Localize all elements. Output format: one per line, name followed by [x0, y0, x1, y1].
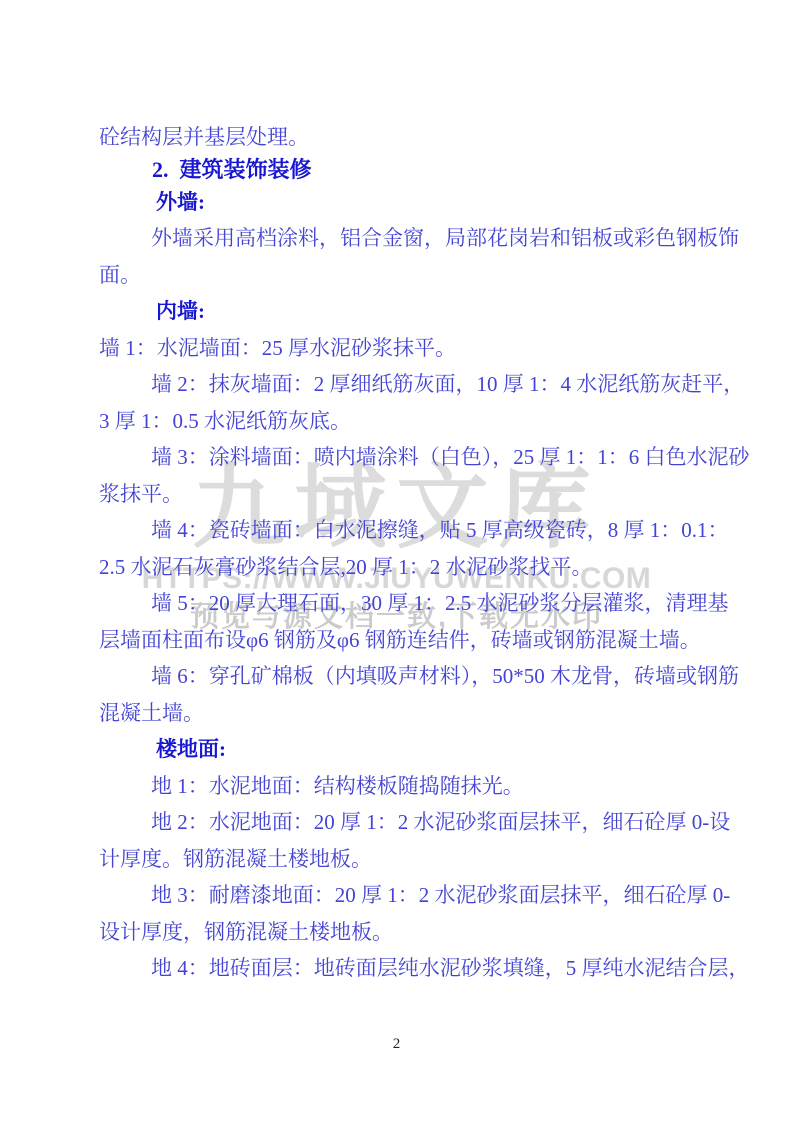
- text-line: 计厚度。钢筋混凝土楼地板。: [99, 841, 685, 878]
- text-line: 混凝土墙。: [99, 695, 685, 732]
- text-line: 地 2：水泥地面：20 厚 1：2 水泥砂浆面层抹平，细石砼厚 0-设: [99, 804, 685, 841]
- text-line: 墙 4：瓷砖墙面：白水泥擦缝，贴 5 厚高级瓷砖，8 厚 1：0.1：: [99, 512, 685, 549]
- text-line: 外墙采用高档涂料，铝合金窗，局部花岗岩和铝板或彩色钢板饰: [99, 220, 685, 257]
- document-content: 砼结构层并基层处理。2. 建筑装饰装修外墙:外墙采用高档涂料，铝合金窗，局部花岗…: [99, 119, 685, 987]
- text-line: 地 3：耐磨漆地面：20 厚 1：2 水泥砂浆面层抹平，细石砼厚 0-: [99, 877, 685, 914]
- text-line: 内墙:: [99, 293, 685, 330]
- text-line: 墙 1：水泥墙面：25 厚水泥砂浆抹平。: [99, 330, 685, 367]
- text-line: 墙 5：20 厚大理石面，30 厚 1：2.5 水泥砂浆分层灌浆，清理基: [99, 585, 685, 622]
- text-line: 设计厚度，钢筋混凝土楼地板。: [99, 914, 685, 951]
- document-page: 九域文库 HTTPS://WWW.JIUYUWENKU.COM 预览与源文档一致…: [0, 0, 793, 1122]
- text-line: 楼地面:: [99, 731, 685, 768]
- text-line: 2. 建筑装饰装修: [99, 156, 685, 184]
- text-line: 面。: [99, 257, 685, 294]
- text-line: 层墙面柱面布设φ6 钢筋及φ6 钢筋连结件，砖墙或钢筋混凝土墙。: [99, 622, 685, 659]
- text-line: 3 厚 1：0.5 水泥纸筋灰底。: [99, 403, 685, 440]
- text-line: 浆抹平。: [99, 476, 685, 513]
- text-line: 地 1：水泥地面：结构楼板随捣随抹光。: [99, 768, 685, 805]
- page-number: 2: [0, 1034, 793, 1054]
- text-line: 墙 3：涂料墙面：喷内墙涂料（白色），25 厚 1：1：6 白色水泥砂: [99, 439, 685, 476]
- text-line: 外墙:: [99, 184, 685, 221]
- text-line: 墙 2：抹灰墙面：2 厚细纸筋灰面，10 厚 1：4 水泥纸筋灰赶平，: [99, 366, 685, 403]
- text-line: 地 4：地砖面层：地砖面层纯水泥砂浆填缝，5 厚纯水泥结合层，: [99, 950, 685, 987]
- text-line: 砼结构层并基层处理。: [99, 119, 685, 156]
- text-line: 墙 6：穿孔矿棉板（内填吸声材料），50*50 木龙骨，砖墙或钢筋: [99, 658, 685, 695]
- text-line: 2.5 水泥石灰膏砂浆结合层,20 厚 1：2 水泥砂浆找平。: [99, 549, 685, 586]
